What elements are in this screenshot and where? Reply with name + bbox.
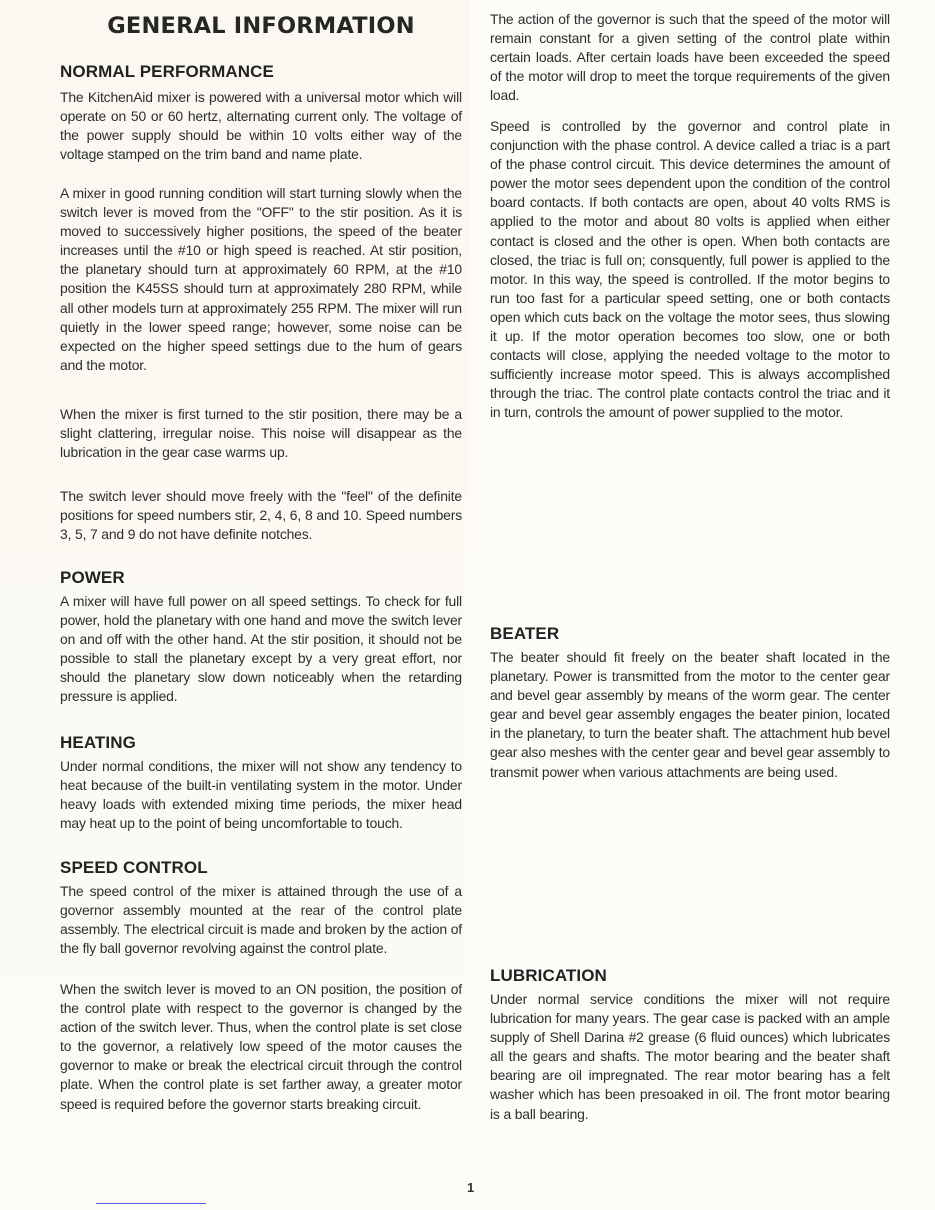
section-heating: HEATING xyxy=(60,733,462,753)
section-speed-control: SPEED CONTROL xyxy=(60,858,462,878)
page-number: 1 xyxy=(467,1180,474,1195)
section-lubrication: LUBRICATION xyxy=(490,966,890,986)
paragraph: The beater should fit freely on the beat… xyxy=(490,648,890,782)
paragraph: When the switch lever is moved to an ON … xyxy=(60,980,462,1114)
paragraph-text: A mixer will have full power on all spee… xyxy=(60,592,462,707)
paragraph: When the mixer is first turned to the st… xyxy=(60,405,462,462)
paragraph-text: The switch lever should move freely with… xyxy=(60,487,462,544)
paragraph-text: A mixer in good running condition will s… xyxy=(60,184,462,375)
section-beater: BEATER xyxy=(490,624,890,644)
paragraph-text: Speed is controlled by the governor and … xyxy=(490,117,890,423)
paragraph-text: When the mixer is first turned to the st… xyxy=(60,405,462,462)
paragraph: The action of the governor is such that … xyxy=(490,10,890,105)
section-normal-performance: NORMAL PERFORMANCE xyxy=(60,62,462,82)
paragraph-text: The speed control of the mixer is attain… xyxy=(60,882,462,958)
section-heading: HEATING xyxy=(60,733,462,753)
paragraph-text: The KitchenAid mixer is powered with a u… xyxy=(60,88,462,164)
section-heading: LUBRICATION xyxy=(490,966,890,986)
paragraph: The switch lever should move freely with… xyxy=(60,487,462,544)
section-power: POWER xyxy=(60,568,462,588)
paragraph: Under normal service conditions the mixe… xyxy=(490,990,890,1124)
section-heading: SPEED CONTROL xyxy=(60,858,462,878)
paragraph: A mixer will have full power on all spee… xyxy=(60,592,462,707)
paragraph-text: Under normal conditions, the mixer will … xyxy=(60,757,462,833)
page-title: GENERAL INFORMATION xyxy=(60,13,462,39)
footer-rule xyxy=(96,1203,206,1204)
paragraph-text: When the switch lever is moved to an ON … xyxy=(60,980,462,1114)
section-heading: NORMAL PERFORMANCE xyxy=(60,62,462,82)
paragraph: The KitchenAid mixer is powered with a u… xyxy=(60,88,462,164)
section-heading: BEATER xyxy=(490,624,890,644)
paragraph: Under normal conditions, the mixer will … xyxy=(60,757,462,833)
paragraph: The speed control of the mixer is attain… xyxy=(60,882,462,958)
paragraph-text: The beater should fit freely on the beat… xyxy=(490,648,890,782)
paragraph: A mixer in good running condition will s… xyxy=(60,184,462,375)
paragraph-text: Under normal service conditions the mixe… xyxy=(490,990,890,1124)
paragraph: Speed is controlled by the governor and … xyxy=(490,117,890,423)
section-heading: POWER xyxy=(60,568,462,588)
paragraph-text: The action of the governor is such that … xyxy=(490,10,890,105)
